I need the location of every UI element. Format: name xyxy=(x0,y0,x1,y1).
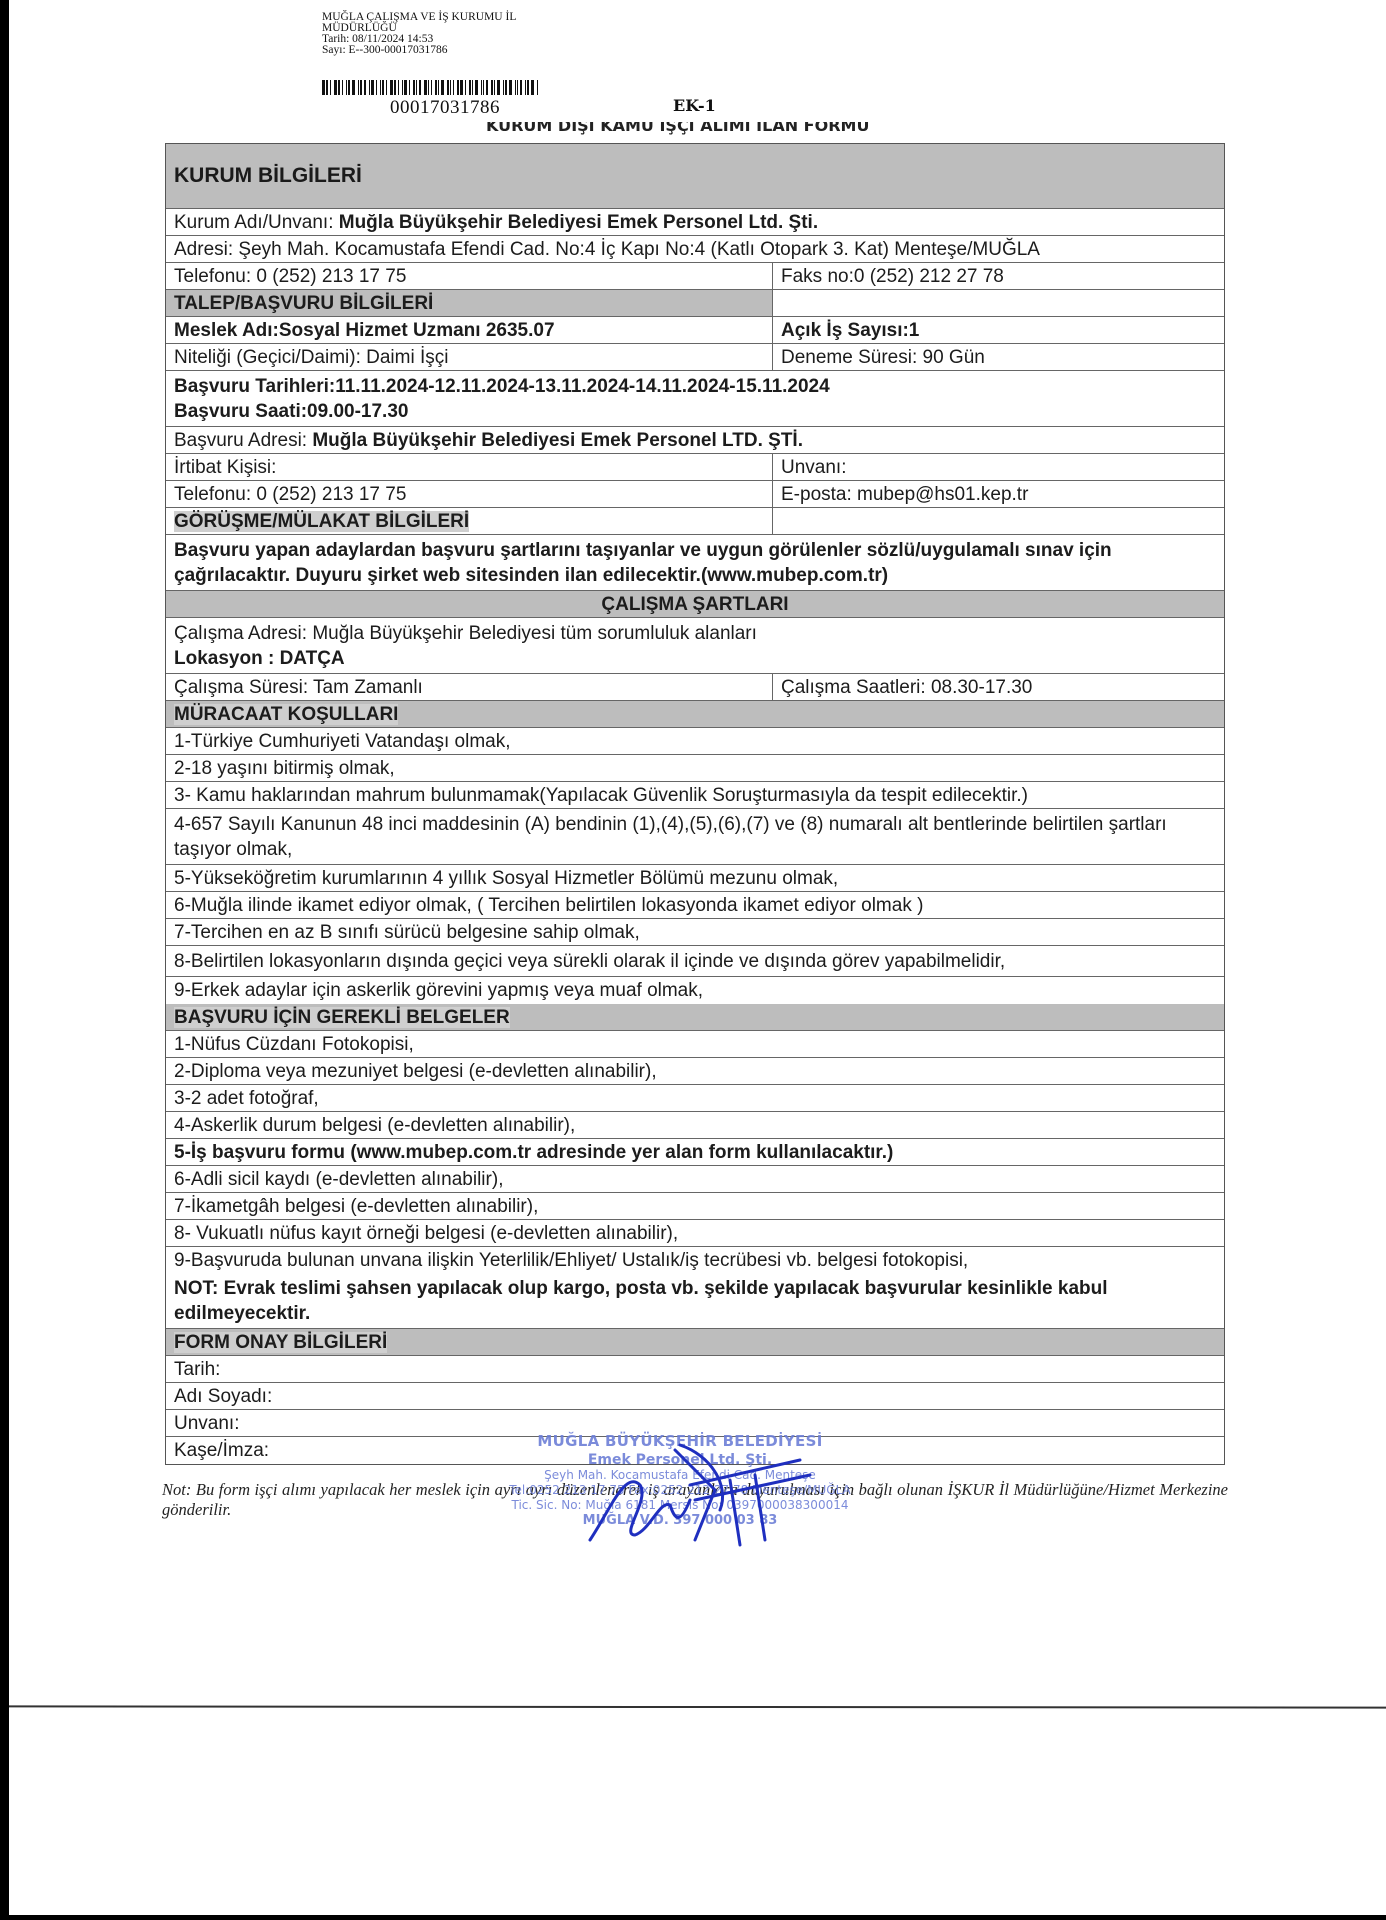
stamp-line: Tel:0252 213 17 75 Fax:0252 212 27 78 Me… xyxy=(490,1483,870,1498)
section-belgeler: BAŞVURU İÇİN GEREKLİ BELGELER xyxy=(166,1004,1224,1031)
open-positions: Açık İş Sayısı:1 xyxy=(773,317,1224,343)
section-title: TALEP/BAŞVURU BİLGİLERİ xyxy=(166,290,773,316)
form-row: İrtibat Kişisi: Unvanı: xyxy=(166,454,1224,481)
form-row: Tarih: xyxy=(166,1356,1224,1383)
list-item: 5-İş başvuru formu (www.mubep.com.tr adr… xyxy=(166,1139,1224,1166)
form-row: Niteliği (Geçici/Daimi): Daimi İşçi Dene… xyxy=(166,344,1224,371)
form-row: Adı Soyadı: xyxy=(166,1383,1224,1410)
page-divider-line xyxy=(9,1705,1386,1708)
section-title: FORM ONAY BİLGİLERİ xyxy=(174,1332,387,1353)
list-item-text: 8-Belirtilen lokasyonların dışında geçic… xyxy=(166,946,1224,976)
list-item: 4-Askerlik durum belgesi (e-devletten al… xyxy=(166,1112,1224,1139)
list-item-text: 3-2 adet fotoğraf, xyxy=(166,1085,1224,1111)
list-item-text: 9-Erkek adaylar için askerlik görevini y… xyxy=(166,977,1224,1004)
trial-period: Deneme Süresi: 90 Gün xyxy=(773,344,1224,370)
list-item: 1-Türkiye Cumhuriyeti Vatandaşı olmak, xyxy=(166,728,1224,755)
section-talep: TALEP/BAŞVURU BİLGİLERİ xyxy=(166,290,1224,317)
form-row: Adresi: Şeyh Mah. Kocamustafa Efendi Cad… xyxy=(166,236,1224,263)
section-gorusme: GÖRÜŞME/MÜLAKAT BİLGİLERİ xyxy=(166,508,1224,535)
documents-list: 1-Nüfus Cüzdanı Fotokopisi,2-Diploma vey… xyxy=(166,1031,1224,1274)
form-row: Telefonu: 0 (252) 213 17 75 E-posta: mub… xyxy=(166,481,1224,508)
form-row: Başvuru Tarihleri:11.11.2024-12.11.2024-… xyxy=(166,371,1224,427)
contact-title: Unvanı: xyxy=(773,454,1224,480)
section-title: KURUM BİLGİLERİ xyxy=(166,144,1224,208)
stamp-line: Tic. Sic. No: Muğla 6181 Mersis No: 0397… xyxy=(490,1498,870,1513)
institution-name: Muğla Büyükşehir Belediyesi Emek Persone… xyxy=(339,212,818,233)
form-row: Başvuru yapan adaylardan başvuru şartlar… xyxy=(166,535,1224,591)
form-row: Telefonu: 0 (252) 213 17 75 Faks no:0 (2… xyxy=(166,263,1224,290)
list-item-text: 4-Askerlik durum belgesi (e-devletten al… xyxy=(166,1112,1224,1138)
section-title: BAŞVURU İÇİN GEREKLİ BELGELER xyxy=(174,1007,510,1028)
form-row: NOT: Evrak teslimi şahsen yapılacak olup… xyxy=(166,1273,1224,1329)
list-item-text: 2-Diploma veya mezuniyet belgesi (e-devl… xyxy=(166,1058,1224,1084)
form-row: Başvuru Adresi: Muğla Büyükşehir Belediy… xyxy=(166,427,1224,454)
list-item: 4-657 Sayılı Kanunun 48 inci maddesinin … xyxy=(166,809,1224,865)
section-title: ÇALIŞMA ŞARTLARI xyxy=(166,591,1224,617)
work-location: Lokasyon : DATÇA xyxy=(174,646,1216,671)
stamp-line: Şeyh Mah. Kocamustafa Efendi Cad. Menteş… xyxy=(490,1468,870,1483)
form-row: Kurum Adı/Unvanı: Muğla Büyükşehir Beled… xyxy=(166,209,1224,236)
requirements-list: 1-Türkiye Cumhuriyeti Vatandaşı olmak,2-… xyxy=(166,728,1224,1004)
company-stamp: MUĞLA BÜYÜKŞEHİR BELEDİYESİ Emek Persone… xyxy=(490,1432,870,1528)
application-form-table: KURUM BİLGİLERİ Kurum Adı/Unvanı: Muğla … xyxy=(165,143,1225,1465)
list-item: 8-Belirtilen lokasyonların dışında geçic… xyxy=(166,946,1224,977)
list-item-text: 6-Muğla ilinde ikamet ediyor olmak, ( Te… xyxy=(166,892,1224,918)
application-hours: Başvuru Saati:09.00-17.30 xyxy=(174,399,1216,424)
form-title: KURUM DIŞI KAMU İŞÇİ ALIMI İLAN FORMU xyxy=(486,116,869,135)
contact-email: E-posta: mubep@hs01.kep.tr xyxy=(773,481,1224,507)
stamp-line: MUĞLA V.D. 397 000 03 83 xyxy=(490,1513,870,1528)
section-onay: FORM ONAY BİLGİLERİ xyxy=(166,1329,1224,1356)
form-row: Çalışma Adresi: Muğla Büyükşehir Belediy… xyxy=(166,618,1224,674)
approval-date: Tarih: xyxy=(166,1356,1224,1382)
contact-phone: Telefonu: 0 (252) 213 17 75 xyxy=(166,481,773,507)
section-calisma: ÇALIŞMA ŞARTLARI xyxy=(166,591,1224,618)
list-item: 8- Vukuatlı nüfus kayıt örneği belgesi (… xyxy=(166,1220,1224,1247)
list-item: 2-18 yaşını bitirmiş olmak, xyxy=(166,755,1224,782)
list-item-text: 5-Yükseköğretim kurumlarının 4 yıllık So… xyxy=(166,865,1224,891)
list-item-text: 2-18 yaşını bitirmiş olmak, xyxy=(166,755,1224,781)
occupation: Meslek Adı:Sosyal Hizmet Uzmanı 2635.07 xyxy=(166,317,773,343)
barcode-icon xyxy=(322,80,580,95)
list-item-text: 5-İş başvuru formu (www.mubep.com.tr adr… xyxy=(166,1139,1224,1165)
list-item-text: 9-Başvuruda bulunan unvana ilişkin Yeter… xyxy=(166,1247,1224,1274)
list-item: 2-Diploma veya mezuniyet belgesi (e-devl… xyxy=(166,1058,1224,1085)
application-address: Muğla Büyükşehir Belediyesi Emek Persone… xyxy=(312,430,803,451)
application-dates: Başvuru Tarihleri:11.11.2024-12.11.2024-… xyxy=(174,374,1216,399)
list-item-text: 7-İkametgâh belgesi (e-devletten alınabi… xyxy=(166,1193,1224,1219)
list-item-text: 7-Tercihen en az B sınıfı sürücü belgesi… xyxy=(166,919,1224,945)
institution-address: Adresi: Şeyh Mah. Kocamustafa Efendi Cad… xyxy=(166,236,1224,262)
list-item: 3- Kamu haklarından mahrum bulunmamak(Ya… xyxy=(166,782,1224,809)
section-kurum: KURUM BİLGİLERİ xyxy=(166,144,1224,209)
list-item-text: 1-Nüfus Cüzdanı Fotokopisi, xyxy=(166,1031,1224,1057)
institution-fax: Faks no:0 (252) 212 27 78 xyxy=(773,263,1224,289)
list-item: 3-2 adet fotoğraf, xyxy=(166,1085,1224,1112)
form-row: Meslek Adı:Sosyal Hizmet Uzmanı 2635.07 … xyxy=(166,317,1224,344)
stamp-line: Emek Personel Ltd. Şti. xyxy=(490,1452,870,1468)
interview-info: Başvuru yapan adaylardan başvuru şartlar… xyxy=(166,535,1224,590)
list-item: 7-Tercihen en az B sınıfı sürücü belgesi… xyxy=(166,919,1224,946)
stamp-line: MUĞLA BÜYÜKŞEHİR BELEDİYESİ xyxy=(490,1432,870,1450)
documents-note: NOT: Evrak teslimi şahsen yapılacak olup… xyxy=(166,1273,1224,1328)
work-address: Çalışma Adresi: Muğla Büyükşehir Belediy… xyxy=(174,621,1216,646)
scan-edge-left xyxy=(0,0,9,1920)
list-item-text: 6-Adli sicil kaydı (e-devletten alınabil… xyxy=(166,1166,1224,1192)
list-item-text: 8- Vukuatlı nüfus kayıt örneği belgesi (… xyxy=(166,1220,1224,1246)
employment-nature: Niteliği (Geçici/Daimi): Daimi İşçi xyxy=(166,344,773,370)
list-item: 7-İkametgâh belgesi (e-devletten alınabi… xyxy=(166,1193,1224,1220)
section-title: MÜRACAAT KOŞULLARI xyxy=(174,704,398,725)
annex-label: EK-1 xyxy=(673,96,716,115)
list-item: 6-Adli sicil kaydı (e-devletten alınabil… xyxy=(166,1166,1224,1193)
section-muracaat: MÜRACAAT KOŞULLARI xyxy=(166,701,1224,728)
list-item-text: 3- Kamu haklarından mahrum bulunmamak(Ya… xyxy=(166,782,1224,808)
form-row: Çalışma Süresi: Tam Zamanlı Çalışma Saat… xyxy=(166,674,1224,701)
section-title: GÖRÜŞME/MÜLAKAT BİLGİLERİ xyxy=(174,511,469,532)
list-item-text: 1-Türkiye Cumhuriyeti Vatandaşı olmak, xyxy=(166,728,1224,754)
approval-name: Adı Soyadı: xyxy=(166,1383,1224,1409)
field-label: Başvuru Adresi: xyxy=(174,430,312,451)
registry-stamp: MUĞLA ÇALIŞMA VE İŞ KURUMU İL MÜDÜRLÜĞÜ … xyxy=(322,12,516,56)
work-duration: Çalışma Süresi: Tam Zamanlı xyxy=(166,674,773,700)
contact-person: İrtibat Kişisi: xyxy=(166,454,773,480)
field-label: Kurum Adı/Unvanı: xyxy=(174,212,339,233)
list-item: 9-Başvuruda bulunan unvana ilişkin Yeter… xyxy=(166,1247,1224,1274)
registry-number: Sayı: E--300-00017031786 xyxy=(322,45,516,56)
list-item: 9-Erkek adaylar için askerlik görevini y… xyxy=(166,977,1224,1004)
list-item: 5-Yükseköğretim kurumlarının 4 yıllık So… xyxy=(166,865,1224,892)
list-item: 6-Muğla ilinde ikamet ediyor olmak, ( Te… xyxy=(166,892,1224,919)
scan-edge-bottom xyxy=(0,1915,1386,1920)
barcode-number: 00017031786 xyxy=(390,97,500,119)
work-hours: Çalışma Saatleri: 08.30-17.30 xyxy=(773,674,1224,700)
institution-phone: Telefonu: 0 (252) 213 17 75 xyxy=(166,263,773,289)
list-item-text: 4-657 Sayılı Kanunun 48 inci maddesinin … xyxy=(166,809,1224,864)
list-item: 1-Nüfus Cüzdanı Fotokopisi, xyxy=(166,1031,1224,1058)
